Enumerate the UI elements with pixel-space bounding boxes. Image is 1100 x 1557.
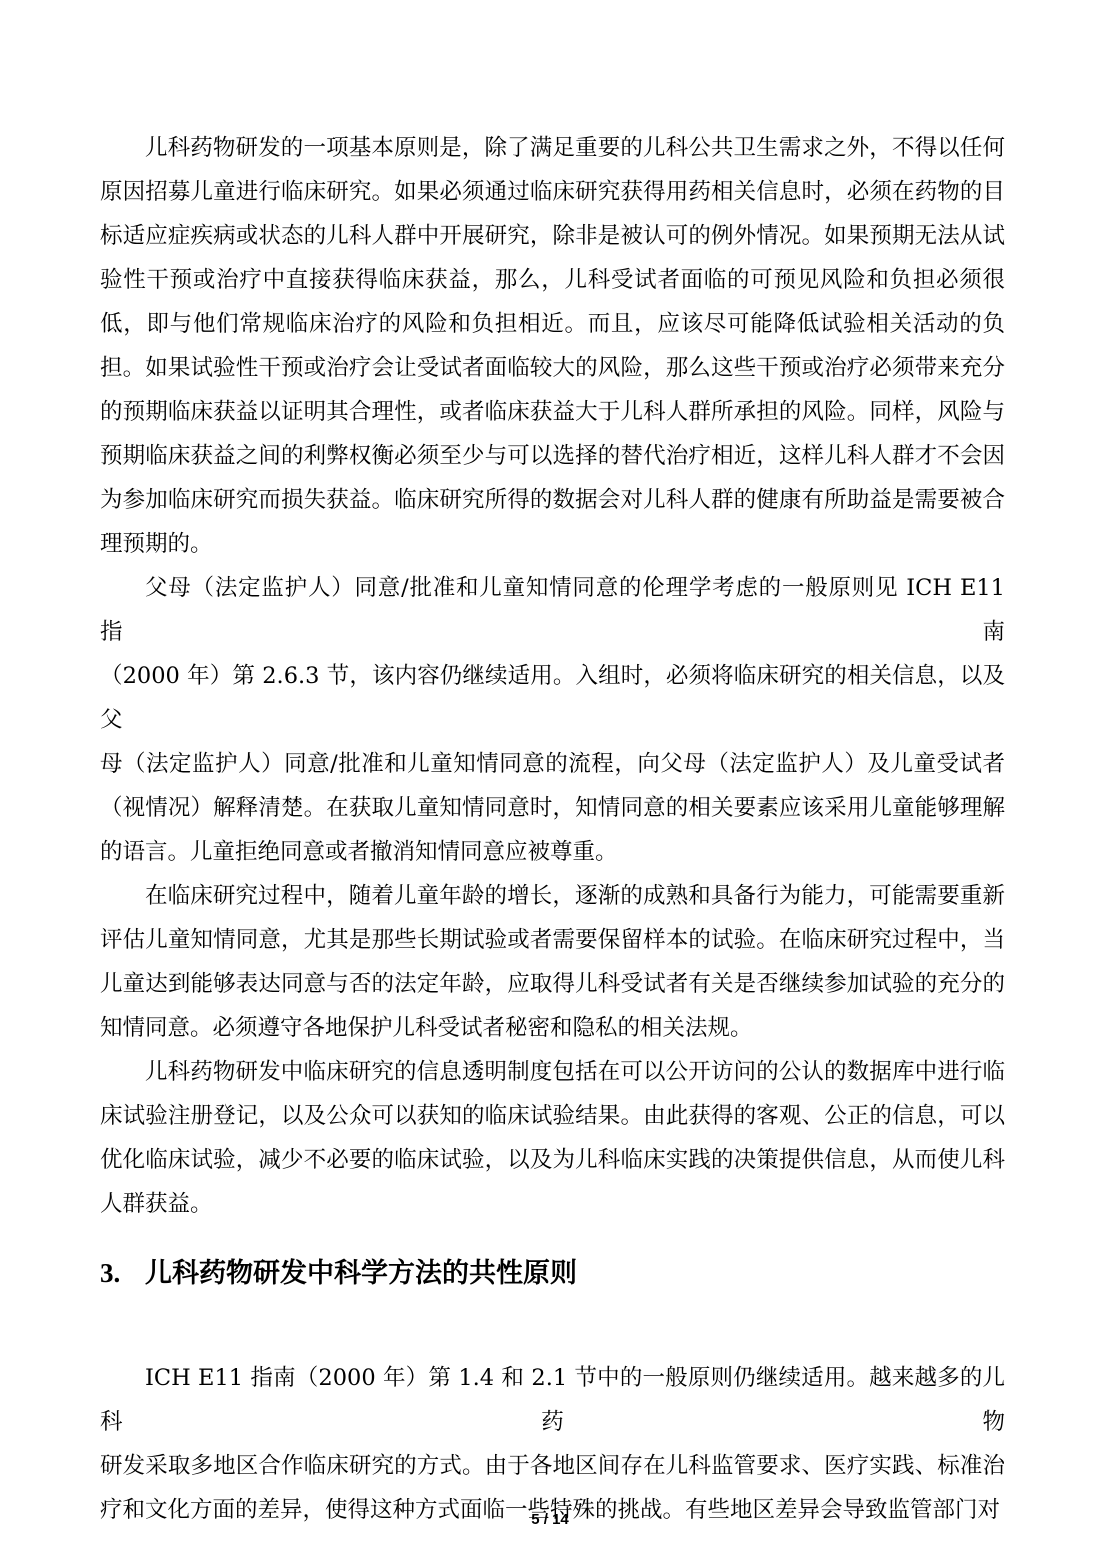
text-line: 儿科药物研发中临床研究的信息透明制度包括在可以公开访问的公认的数据库中进行临 <box>100 1050 1005 1094</box>
document-content: 儿科药物研发的一项基本原则是，除了满足重要的儿科公共卫生需求之外，不得以任何原因… <box>100 126 1005 1532</box>
section-number: 3. <box>100 1248 145 1298</box>
text-line: 预期临床获益之间的利弊权衡必须至少与可以选择的替代治疗相近，这样儿科人群才不会因 <box>100 434 1005 478</box>
paragraph: 在临床研究过程中，随着儿童年龄的增长，逐渐的成熟和具备行为能力，可能需要重新评估… <box>100 874 1005 1050</box>
section-title: 儿科药物研发中科学方法的共性原则 <box>145 1258 577 1288</box>
text-line: 在临床研究过程中，随着儿童年龄的增长，逐渐的成熟和具备行为能力，可能需要重新 <box>100 874 1005 918</box>
text-line: ICH E11 指南（2000 年）第 1.4 和 2.1 节中的一般原则仍继续… <box>100 1356 1005 1444</box>
text-line: 标适应症疾病或状态的儿科人群中开展研究，除非是被认可的例外情况。如果预期无法从试 <box>100 214 1005 258</box>
text-line: 优化临床试验，减少不必要的临床试验，以及为儿科临床实践的决策提供信息，从而使儿科 <box>100 1138 1005 1182</box>
text-line: 的语言。儿童拒绝同意或者撤消知情同意应被尊重。 <box>100 830 1005 874</box>
paragraph: 儿科药物研发的一项基本原则是，除了满足重要的儿科公共卫生需求之外，不得以任何原因… <box>100 126 1005 566</box>
text-line: 评估儿童知情同意，尤其是那些长期试验或者需要保留样本的试验。在临床研究过程中，当 <box>100 918 1005 962</box>
text-line: 人群获益。 <box>100 1182 1005 1226</box>
text-line: 低，即与他们常规临床治疗的风险和负担相近。而且，应该尽可能降低试验相关活动的负 <box>100 302 1005 346</box>
text-line: 为参加临床研究而损失获益。临床研究所得的数据会对儿科人群的健康有所助益是需要被合 <box>100 478 1005 522</box>
section-heading: 3.儿科药物研发中科学方法的共性原则 <box>100 1248 1005 1299</box>
text-line: 母（法定监护人）同意/批准和儿童知情同意的流程，向父母（法定监护人）及儿童受试者 <box>100 742 1005 786</box>
text-line: 床试验注册登记，以及公众可以获知的临床试验结果。由此获得的客观、公正的信息，可以 <box>100 1094 1005 1138</box>
paragraph: 父母（法定监护人）同意/批准和儿童知情同意的伦理学考虑的一般原则见 ICH E1… <box>100 566 1005 874</box>
text-line: （视情况）解释清楚。在获取儿童知情同意时，知情同意的相关要素应该采用儿童能够理解 <box>100 786 1005 830</box>
text-line: 儿童达到能够表达同意与否的法定年龄，应取得儿科受试者有关是否继续参加试验的充分的 <box>100 962 1005 1006</box>
paragraph: 儿科药物研发中临床研究的信息透明制度包括在可以公开访问的公认的数据库中进行临床试… <box>100 1050 1005 1226</box>
page-number: 5 / 14 <box>0 1510 1100 1530</box>
text-line: 研发采取多地区合作临床研究的方式。由于各地区间存在儿科监管要求、医疗实践、标准治 <box>100 1444 1005 1488</box>
text-line: （2000 年）第 2.6.3 节，该内容仍继续适用。入组时，必须将临床研究的相… <box>100 654 1005 742</box>
text-line: 原因招募儿童进行临床研究。如果必须通过临床研究获得用药相关信息时，必须在药物的目 <box>100 170 1005 214</box>
text-line: 知情同意。必须遵守各地保护儿科受试者秘密和隐私的相关法规。 <box>100 1006 1005 1050</box>
paragraph: ICH E11 指南（2000 年）第 1.4 和 2.1 节中的一般原则仍继续… <box>100 1356 1005 1532</box>
text-line: 父母（法定监护人）同意/批准和儿童知情同意的伦理学考虑的一般原则见 ICH E1… <box>100 566 1005 654</box>
text-line: 的预期临床获益以证明其合理性，或者临床获益大于儿科人群所承担的风险。同样，风险与 <box>100 390 1005 434</box>
document-page: 儿科药物研发的一项基本原则是，除了满足重要的儿科公共卫生需求之外，不得以任何原因… <box>0 0 1100 1557</box>
text-line: 担。如果试验性干预或治疗会让受试者面临较大的风险，那么这些干预或治疗必须带来充分 <box>100 346 1005 390</box>
text-line: 验性干预或治疗中直接获得临床获益，那么，儿科受试者面临的可预见风险和负担必须很 <box>100 258 1005 302</box>
text-line: 儿科药物研发的一项基本原则是，除了满足重要的儿科公共卫生需求之外，不得以任何 <box>100 126 1005 170</box>
text-line: 理预期的。 <box>100 522 1005 566</box>
